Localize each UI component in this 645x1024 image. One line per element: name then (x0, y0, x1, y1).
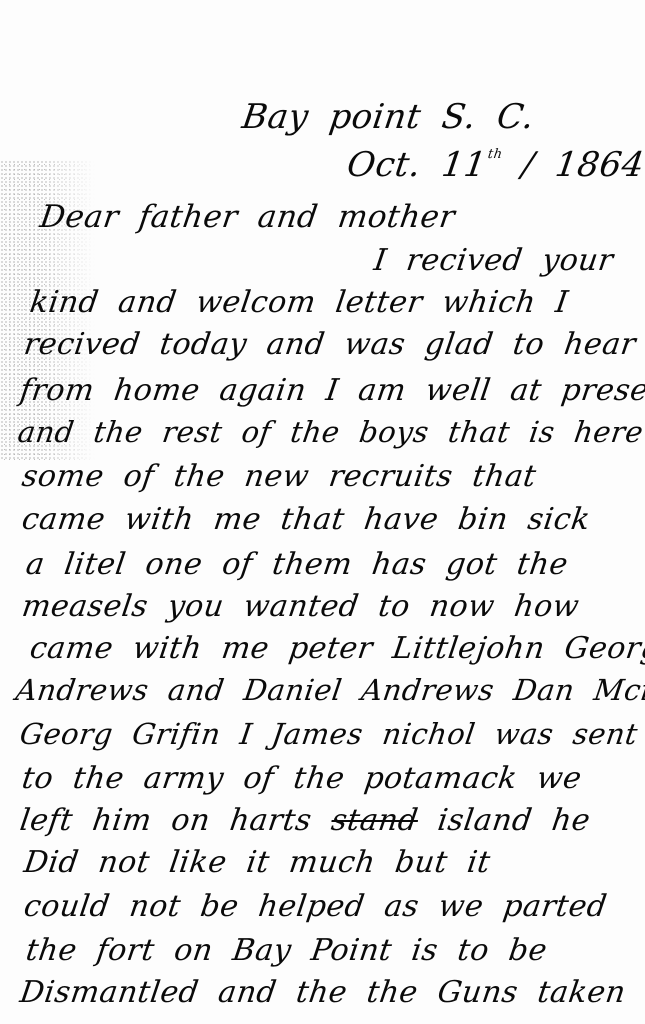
letter-page: Bay point S. C. Oct. 11th / 1864 Dear fa… (0, 0, 645, 1024)
body-line: kind and welcom letter which I (28, 288, 570, 318)
date-year: 1864 (553, 145, 645, 185)
body-line: Andrews and Daniel Andrews Dan Mcin (14, 676, 645, 705)
body-line: the fort on Bay Point is to be (24, 936, 549, 966)
body-line: came with me that have bin sick (20, 505, 592, 535)
letter-date: Oct. 11th / 1864 (345, 148, 645, 182)
struck-word: stand (329, 803, 420, 838)
body-line: could not be helped as we parted (22, 892, 609, 922)
date-month: Oct. (345, 145, 424, 185)
body-line-with-strikeout: left him on harts stand island he (18, 806, 592, 836)
date-separator: / (519, 145, 537, 185)
body-line: and the rest of the boys that is here (16, 418, 645, 447)
letter-place: Bay point S. C. (240, 100, 536, 134)
date-day-suffix: th (487, 147, 504, 162)
body-line: I recived your (372, 246, 615, 276)
body-line: a litel one of them has got the (24, 550, 570, 580)
place-text: Bay point S. C. (240, 97, 537, 137)
date-day: 11 (439, 145, 489, 185)
line-text-before: left him on harts (18, 803, 314, 838)
body-line: Did not like it much but it (22, 848, 492, 878)
body-line: to the army of the potamack we (20, 764, 584, 794)
body-line: Georg Grifin I James nichol was sent (18, 720, 639, 749)
body-line: some of the new recruits that (20, 462, 538, 492)
body-line: measels you wanted to now how (20, 592, 581, 622)
body-line: Dismantled and the the Guns taken (18, 978, 628, 1008)
body-line: from home again I am well at present (18, 376, 645, 406)
line-text-after: island he (436, 803, 593, 838)
body-line: recived today and was glad to hear (22, 330, 638, 360)
salutation: Dear father and mother (38, 202, 457, 233)
body-line: came with me peter Littlejohn Georg (28, 634, 645, 664)
